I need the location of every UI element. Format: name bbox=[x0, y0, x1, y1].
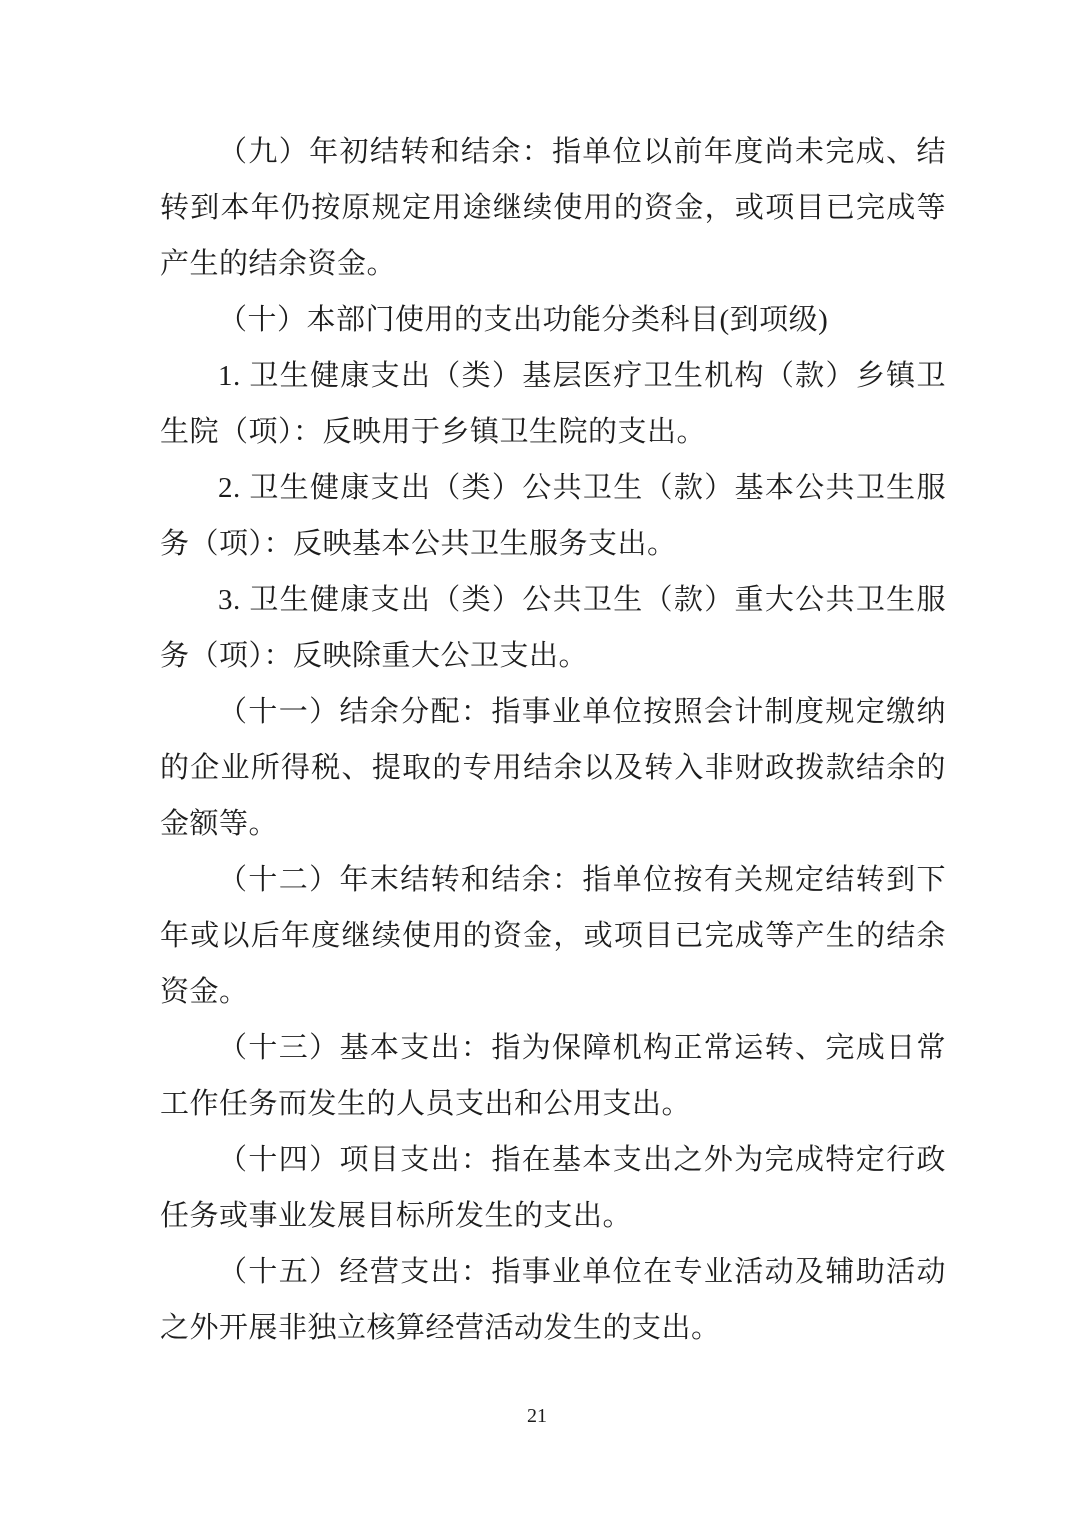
paragraph: （十）本部门使用的支出功能分类科目(到项级) bbox=[160, 292, 946, 348]
paragraph: （十一）结余分配：指事业单位按照会计制度规定缴纳的企业所得税、提取的专用结余以及… bbox=[160, 684, 946, 852]
paragraph: （十二）年末结转和结余：指单位按有关规定结转到下年或以后年度继续使用的资金，或项… bbox=[160, 852, 946, 1020]
document-body: （九）年初结转和结余：指单位以前年度尚未完成、结转到本年仍按原规定用途继续使用的… bbox=[160, 124, 946, 1356]
page-number: 21 bbox=[0, 1402, 1074, 1430]
paragraph: （十五）经营支出：指事业单位在专业活动及辅助活动之外开展非独立核算经营活动发生的… bbox=[160, 1244, 946, 1356]
paragraph: 3. 卫生健康支出（类）公共卫生（款）重大公共卫生服务（项）：反映除重大公卫支出… bbox=[160, 572, 946, 684]
paragraph: 1. 卫生健康支出（类）基层医疗卫生机构（款）乡镇卫生院（项）：反映用于乡镇卫生… bbox=[160, 348, 946, 460]
paragraph: 2. 卫生健康支出（类）公共卫生（款）基本公共卫生服务（项）：反映基本公共卫生服… bbox=[160, 460, 946, 572]
paragraph: （九）年初结转和结余：指单位以前年度尚未完成、结转到本年仍按原规定用途继续使用的… bbox=[160, 124, 946, 292]
paragraph: （十三）基本支出：指为保障机构正常运转、完成日常工作任务而发生的人员支出和公用支… bbox=[160, 1020, 946, 1132]
document-page: （九）年初结转和结余：指单位以前年度尚未完成、结转到本年仍按原规定用途继续使用的… bbox=[0, 0, 1074, 1520]
paragraph: （十四）项目支出：指在基本支出之外为完成特定行政任务或事业发展目标所发生的支出。 bbox=[160, 1132, 946, 1244]
